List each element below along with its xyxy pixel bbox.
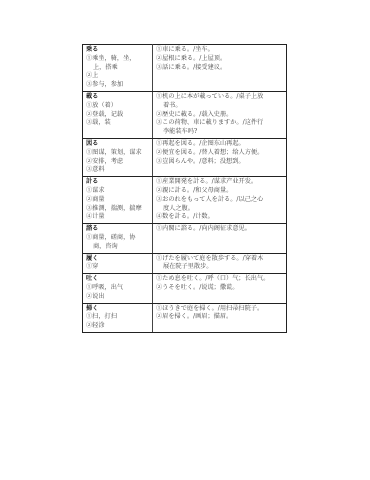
example-sentence: ①内閣に諮る。/向内阁征求意见。 bbox=[156, 225, 283, 234]
sense-item: ①图谋，策划，谋求 bbox=[86, 149, 149, 158]
examples-cell: ①げたを履いて庭を散歩する。/穿着木屐在院子里散步。 bbox=[153, 253, 287, 274]
example-text: ②屋根に乗る。/上屋顶。 bbox=[156, 55, 226, 62]
example-continuation: 李能装车吗? bbox=[156, 128, 283, 137]
example-text: ①内閣に諮る。/向内阁征求意见。 bbox=[156, 225, 251, 232]
example-sentence: ③おのれをもって人を計る。/以己之心度人之腹。 bbox=[156, 196, 283, 214]
example-text: ①げたを履いて庭を散歩する。/穿着木 bbox=[156, 255, 263, 262]
table-row: 諮る①商量，磋商，协商，咨询 ①内閣に諮る。/向内阁征求意见。 bbox=[83, 224, 287, 253]
example-text: ②眉を掃く。/画眉；描眉。 bbox=[156, 313, 232, 320]
example-sentence: ②親に計る。/和父母商量。 bbox=[156, 187, 283, 196]
example-sentence: ②便宜を図る。/替人着想；给人方便。 bbox=[156, 149, 283, 158]
example-sentence: ①ため息を吐く。/呼（口）气；长出气。 bbox=[156, 275, 283, 284]
headword-cell: 乗る①乘坐，骑，坐，上，搭乘②上③参与，参加 bbox=[83, 45, 153, 92]
example-text: ③この荷物、車に載りますか。/这件行 bbox=[156, 119, 263, 126]
example-sentence: ③この荷物、車に載りますか。/这件行李能装车吗? bbox=[156, 119, 283, 137]
sense-item: ③载，装 bbox=[86, 119, 149, 128]
headword-cell: 掃く①扫，打扫②轻涂 bbox=[83, 303, 153, 332]
examples-cell: ①産業開発を計る。/谋求产业开发。②親に計る。/和父母商量。③おのれをもって人を… bbox=[153, 177, 287, 224]
example-sentence: ③豈図らんや。/意料；没想到。 bbox=[156, 158, 283, 167]
headword-cell: 載る①放（着）②登载，记载③载，装 bbox=[83, 91, 153, 138]
example-text: ②歴史に載る。/载入史册。 bbox=[156, 111, 232, 118]
sense-item: 商，咨询 bbox=[86, 243, 149, 252]
example-sentence: ①再起を図る。/企图东山再起。 bbox=[156, 140, 283, 149]
example-sentence: ①ほうきで庭を掃く。/用扫帚扫院子。 bbox=[156, 305, 283, 314]
example-text: ③おのれをもって人を計る。/以己之心 bbox=[156, 196, 263, 203]
example-sentence: ②屋根に乗る。/上屋顶。 bbox=[156, 55, 283, 64]
sense-item: ③意料 bbox=[86, 166, 149, 175]
sense-item: ①扫，打扫 bbox=[86, 313, 149, 322]
table-row: 吐く①呼吸，出气②说出 ①ため息を吐く。/呼（口）气；长出气。②うそを吐く。/说… bbox=[83, 274, 287, 303]
table-row: 掃く①扫，打扫②轻涂 ①ほうきで庭を掃く。/用扫帚扫院子。②眉を掃く。/画眉；描… bbox=[83, 303, 287, 332]
headword: 乗る bbox=[86, 46, 149, 55]
table-row: 乗る①乘坐，骑，坐，上，搭乘②上③参与，参加 ①車に乗る。/坐车。②屋根に乗る。… bbox=[83, 45, 287, 92]
example-continuation: 屐在院子里散步。 bbox=[156, 263, 283, 272]
table-body: 乗る①乘坐，骑，坐，上，搭乘②上③参与，参加 ①車に乗る。/坐车。②屋根に乗る。… bbox=[83, 45, 287, 333]
example-text: ②便宜を図る。/替人着想；给人方便。 bbox=[156, 149, 263, 156]
example-text: ①車に乗る。/坐车。 bbox=[156, 46, 214, 53]
headword: 載る bbox=[86, 93, 149, 102]
example-sentence: ①車に乗る。/坐车。 bbox=[156, 46, 283, 55]
sense-item: ①呼吸，出气 bbox=[86, 284, 149, 293]
examples-cell: ①ほうきで庭を掃く。/用扫帚扫院子。②眉を掃く。/画眉；描眉。 bbox=[153, 303, 287, 332]
example-text: ④数を計る。/计数。 bbox=[156, 213, 214, 220]
document-page: 乗る①乘坐，骑，坐，上，搭乘②上③参与，参加 ①車に乗る。/坐车。②屋根に乗る。… bbox=[0, 0, 370, 480]
examples-cell: ①再起を図る。/企图东山再起。②便宜を図る。/替人着想；给人方便。③豈図らんや。… bbox=[153, 138, 287, 176]
example-text: ②親に計る。/和父母商量。 bbox=[156, 187, 232, 194]
example-sentence: ③話に乗る。/接受建议。 bbox=[156, 64, 283, 73]
examples-cell: ①机の上に本が載っている。/桌子上放着书。②歴史に載る。/载入史册。③この荷物、… bbox=[153, 91, 287, 138]
sense-item: ①放（着） bbox=[86, 102, 149, 111]
example-sentence: ④数を計る。/计数。 bbox=[156, 213, 283, 222]
examples-cell: ①ため息を吐く。/呼（口）气；长出气。②うそを吐く。/说谎；撒谎。 bbox=[153, 274, 287, 303]
example-text: ②うそを吐く。/说谎；撒谎。 bbox=[156, 284, 238, 291]
example-text: ①ほうきで庭を掃く。/用扫帚扫院子。 bbox=[156, 305, 263, 312]
example-text: ①机の上に本が載っている。/桌子上放 bbox=[156, 93, 263, 100]
example-text: ①産業開発を計る。/谋求产业开发。 bbox=[156, 178, 257, 185]
headword-cell: 図る①图谋，策划，谋求②安排，考虑③意料 bbox=[83, 138, 153, 176]
example-sentence: ②うそを吐く。/说谎；撒谎。 bbox=[156, 284, 283, 293]
example-sentence: ①産業開発を計る。/谋求产业开发。 bbox=[156, 178, 283, 187]
sense-item: ②商量 bbox=[86, 196, 149, 205]
sense-item: ④计量 bbox=[86, 213, 149, 222]
table-row: 載る①放（着）②登载，记载③载，装 ①机の上に本が載っている。/桌子上放着书。②… bbox=[83, 91, 287, 138]
headword: 掃く bbox=[86, 305, 149, 314]
example-sentence: ①げたを履いて庭を散歩する。/穿着木屐在院子里散步。 bbox=[156, 255, 283, 273]
headword-cell: 諮る①商量，磋商，协商，咨询 bbox=[83, 224, 153, 253]
headword: 図る bbox=[86, 140, 149, 149]
headword: 計る bbox=[86, 178, 149, 187]
examples-cell: ①内閣に諮る。/向内阁征求意见。 bbox=[153, 224, 287, 253]
headword: 履く bbox=[86, 255, 149, 264]
example-text: ①ため息を吐く。/呼（口）气；长出气。 bbox=[156, 275, 269, 282]
sense-item: ①商量，磋商，协 bbox=[86, 234, 149, 243]
headword-cell: 履く①穿 bbox=[83, 253, 153, 274]
sense-item: ②说出 bbox=[86, 293, 149, 302]
table-row: 履く①穿 ①げたを履いて庭を散歩する。/穿着木屐在院子里散步。 bbox=[83, 253, 287, 274]
example-sentence: ①机の上に本が載っている。/桌子上放着书。 bbox=[156, 93, 283, 111]
headword: 吐く bbox=[86, 275, 149, 284]
sense-item: ②上 bbox=[86, 72, 149, 81]
sense-item: ①穿 bbox=[86, 263, 149, 272]
sense-item: ③参与，参加 bbox=[86, 81, 149, 90]
headword-cell: 計る①谋求②商量③推测，揣测，揣摩④计量 bbox=[83, 177, 153, 224]
headword-cell: 吐く①呼吸，出气②说出 bbox=[83, 274, 153, 303]
example-text: ③話に乗る。/接受建议。 bbox=[156, 64, 226, 71]
sense-item: ②轻涂 bbox=[86, 322, 149, 331]
example-text: ③豈図らんや。/意料；没想到。 bbox=[156, 158, 245, 165]
table-row: 計る①谋求②商量③推测，揣测，揣摩④计量 ①産業開発を計る。/谋求产业开发。②親… bbox=[83, 177, 287, 224]
table-row: 図る①图谋，策划，谋求②安排，考虑③意料 ①再起を図る。/企图东山再起。②便宜を… bbox=[83, 138, 287, 176]
headword: 諮る bbox=[86, 225, 149, 234]
example-continuation: 着书。 bbox=[156, 102, 283, 111]
sense-item: ①谋求 bbox=[86, 187, 149, 196]
dictionary-table: 乗る①乘坐，骑，坐，上，搭乘②上③参与，参加 ①車に乗る。/坐车。②屋根に乗る。… bbox=[82, 44, 287, 333]
example-text: ①再起を図る。/企图东山再起。 bbox=[156, 140, 245, 147]
example-sentence: ②眉を掃く。/画眉；描眉。 bbox=[156, 313, 283, 322]
sense-item: ①乘坐，骑，坐， bbox=[86, 55, 149, 64]
examples-cell: ①車に乗る。/坐车。②屋根に乗る。/上屋顶。③話に乗る。/接受建议。 bbox=[153, 45, 287, 92]
